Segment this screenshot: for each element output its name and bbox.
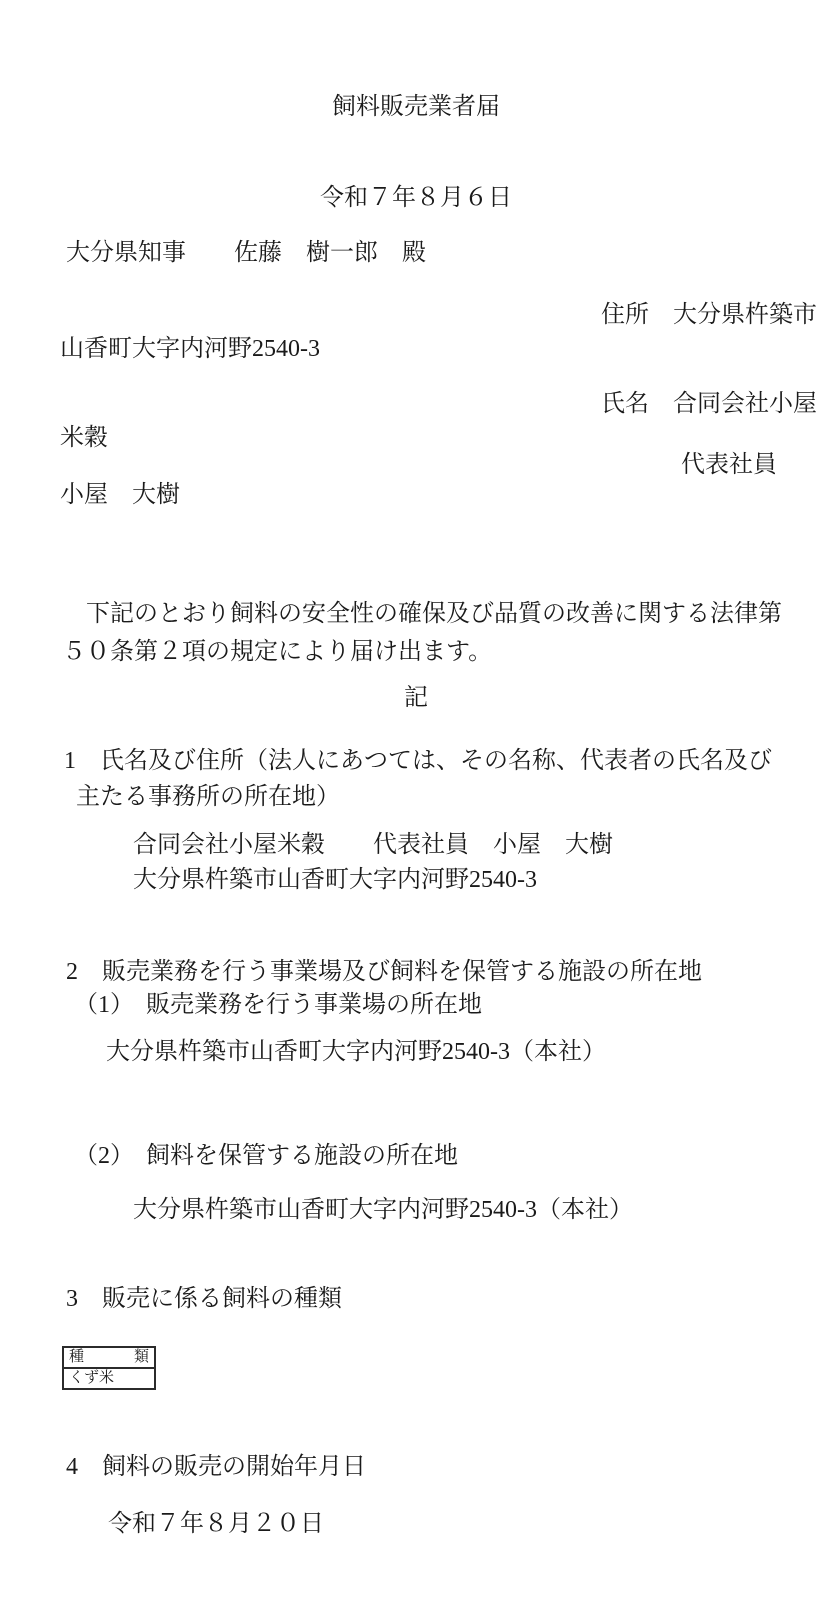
feed-type-header-left: 種: [69, 1350, 84, 1365]
sales-start-date: 令和７年８月２０日: [108, 1512, 324, 1537]
feed-type-header-right: 類: [134, 1350, 149, 1365]
section1-company-line: 合同会社小屋米穀 代表社員 小屋 大樹: [133, 833, 613, 858]
submission-date: 令和７年８月６日: [0, 186, 832, 211]
section1-heading-line1: 1 氏名及び住所（法人にあつては、その名称、代表者の氏名及び: [64, 749, 772, 774]
section1-heading-line2: 主たる事務所の所在地）: [76, 785, 340, 810]
submitter-name-line1: 氏名 合同会社小屋: [601, 392, 817, 417]
table-row: くず米: [64, 1369, 154, 1388]
document-page: 飼料販売業者届 令和７年８月６日 大分県知事 佐藤 樹一郎 殿 住所 大分県杵築…: [0, 0, 832, 1600]
submitter-name-line2: 米穀: [60, 426, 108, 451]
feed-type-table: 種 類 くず米: [62, 1346, 156, 1390]
intro-line2: ５０条第２項の規定により届け出ます。: [62, 640, 492, 665]
submitter-address-line1: 住所 大分県杵築市: [601, 303, 817, 328]
ki-marker: 記: [0, 686, 832, 711]
document-title: 飼料販売業者届: [0, 95, 832, 120]
section2-sub1-address: 大分県杵築市山香町大字内河野2540-3（本社）: [106, 1040, 606, 1065]
feed-type-cell: くず米: [69, 1371, 114, 1386]
recipient-line: 大分県知事 佐藤 樹一郎 殿: [66, 241, 426, 266]
section3-heading: 3 販売に係る飼料の種類: [66, 1287, 342, 1312]
section1-address-line: 大分県杵築市山香町大字内河野2540-3: [133, 868, 537, 893]
feed-type-table-header: 種 類: [64, 1348, 154, 1369]
section4-heading: 4 飼料の販売の開始年月日: [66, 1455, 366, 1480]
section2-sub1-heading: （1） 販売業務を行う事業場の所在地: [74, 993, 482, 1018]
submitter-address-line2: 山香町大字内河野2540-3: [60, 337, 320, 362]
representative-name: 小屋 大樹: [60, 483, 180, 508]
representative-title: 代表社員: [681, 453, 777, 478]
section2-sub2-address: 大分県杵築市山香町大字内河野2540-3（本社）: [133, 1198, 633, 1223]
section2-heading: 2 販売業務を行う事業場及び飼料を保管する施設の所在地: [66, 960, 702, 985]
section2-sub2-heading: （2） 飼料を保管する施設の所在地: [74, 1144, 458, 1169]
intro-line1: 下記のとおり飼料の安全性の確保及び品質の改善に関する法律第: [62, 602, 782, 627]
